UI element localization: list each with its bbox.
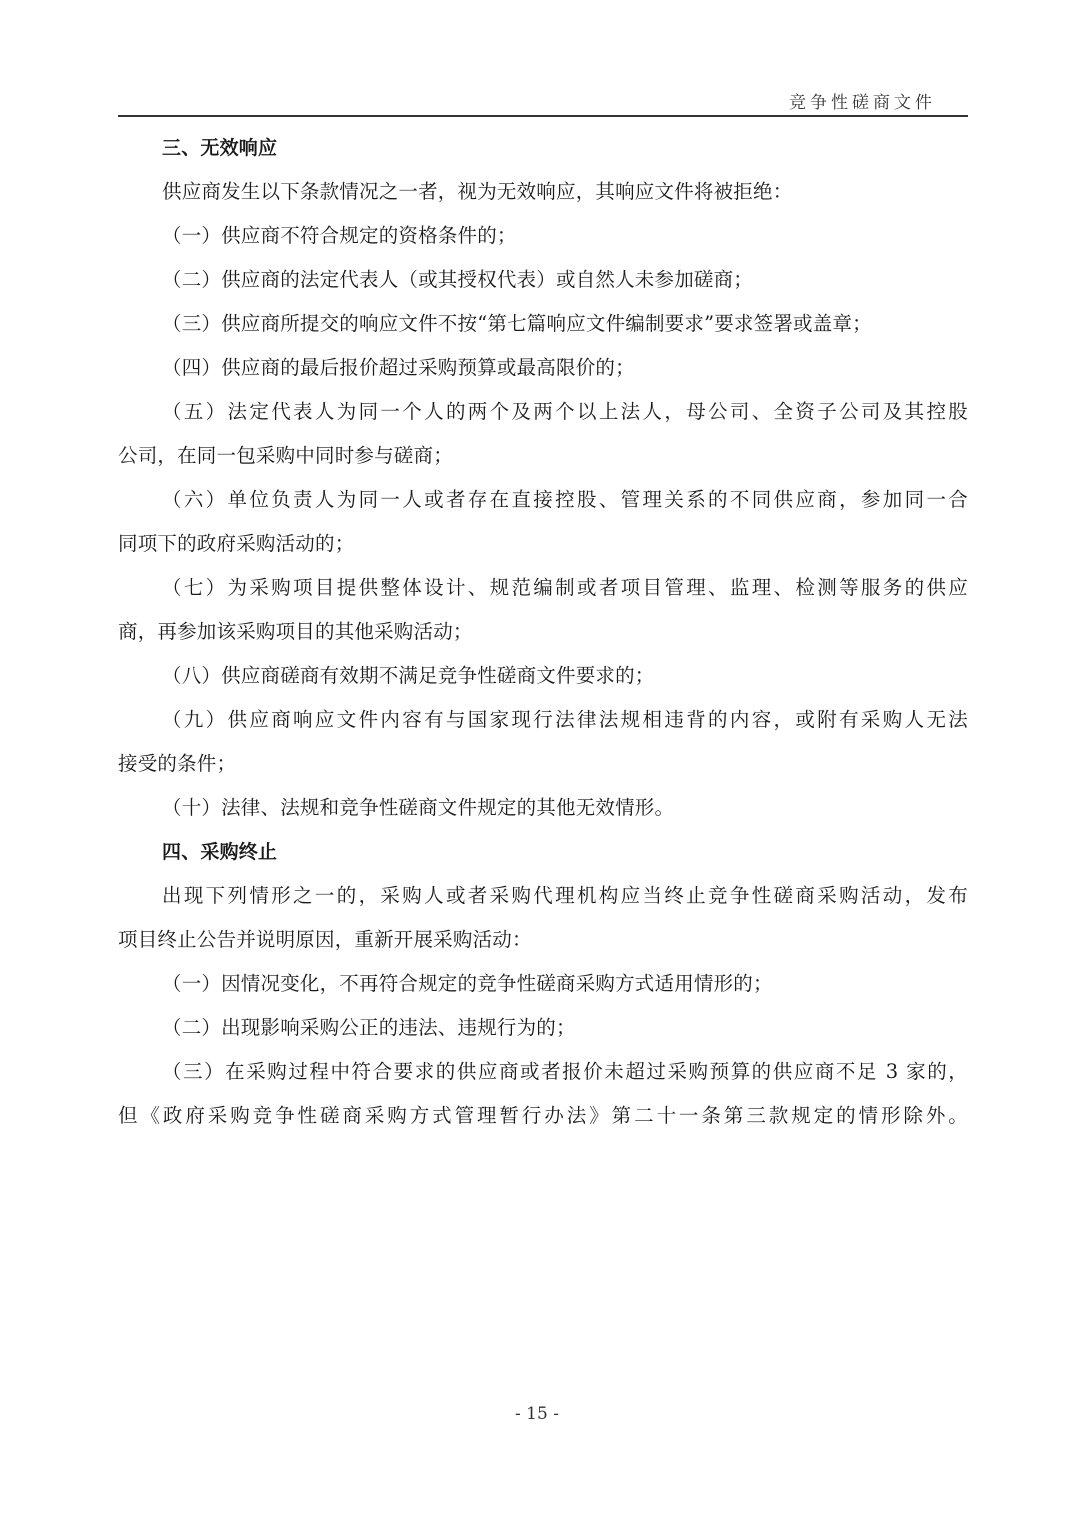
list-item-continuation: 接受的条件； xyxy=(118,742,968,786)
list-item: （二）出现影响采购公正的违法、违规行为的； xyxy=(118,1006,968,1050)
list-item: （三）在采购过程中符合要求的供应商或者报价未超过采购预算的供应商不足 3 家的， xyxy=(118,1050,968,1094)
document-body: 三、无效响应 供应商发生以下条款情况之一者，视为无效响应，其响应文件将被拒绝： … xyxy=(118,126,968,1138)
section-heading-invalid-response: 三、无效响应 xyxy=(118,126,968,170)
list-item: （四）供应商的最后报价超过采购预算或最高限价的； xyxy=(118,346,968,390)
list-item-continuation: 同项下的政府采购活动的； xyxy=(118,522,968,566)
list-item: （七）为采购项目提供整体设计、规范编制或者项目管理、监理、检测等服务的供应 xyxy=(118,566,968,610)
page-number: - 15 - xyxy=(0,1404,1074,1424)
page-header-title: 竞争性磋商文件 xyxy=(789,88,936,113)
list-item: （三）供应商所提交的响应文件不按“第七篇响应文件编制要求”要求签署或盖章； xyxy=(118,302,968,346)
header-divider xyxy=(118,115,968,117)
list-item: （一）因情况变化，不再符合规定的竞争性磋商采购方式适用情形的； xyxy=(118,962,968,1006)
list-item: （八）供应商磋商有效期不满足竞争性磋商文件要求的； xyxy=(118,654,968,698)
list-item-continuation: 商，再参加该采购项目的其他采购活动； xyxy=(118,610,968,654)
paragraph-continuation: 项目终止公告并说明原因，重新开展采购活动： xyxy=(118,918,968,962)
list-item: （一）供应商不符合规定的资格条件的； xyxy=(118,214,968,258)
list-item: （十）法律、法规和竞争性磋商文件规定的其他无效情形。 xyxy=(118,786,968,830)
paragraph-line: 出现下列情形之一的，采购人或者采购代理机构应当终止竞争性磋商采购活动，发布 xyxy=(118,874,968,918)
list-item-continuation: 公司，在同一包采购中同时参与磋商； xyxy=(118,434,968,478)
list-item: （六）单位负责人为同一人或者存在直接控股、管理关系的不同供应商，参加同一合 xyxy=(118,478,968,522)
section-heading-procurement-termination: 四、采购终止 xyxy=(118,830,968,874)
list-item: （九）供应商响应文件内容有与国家现行法律法规相违背的内容，或附有采购人无法 xyxy=(118,698,968,742)
list-item: （五）法定代表人为同一个人的两个及两个以上法人，母公司、全资子公司及其控股 xyxy=(118,390,968,434)
list-item: （二）供应商的法定代表人（或其授权代表）或自然人未参加磋商； xyxy=(118,258,968,302)
paragraph-line: 供应商发生以下条款情况之一者，视为无效响应，其响应文件将被拒绝： xyxy=(118,170,968,214)
list-item-continuation: 但《政府采购竞争性磋商采购方式管理暂行办法》第二十一条第三款规定的情形除外。 xyxy=(118,1094,968,1138)
